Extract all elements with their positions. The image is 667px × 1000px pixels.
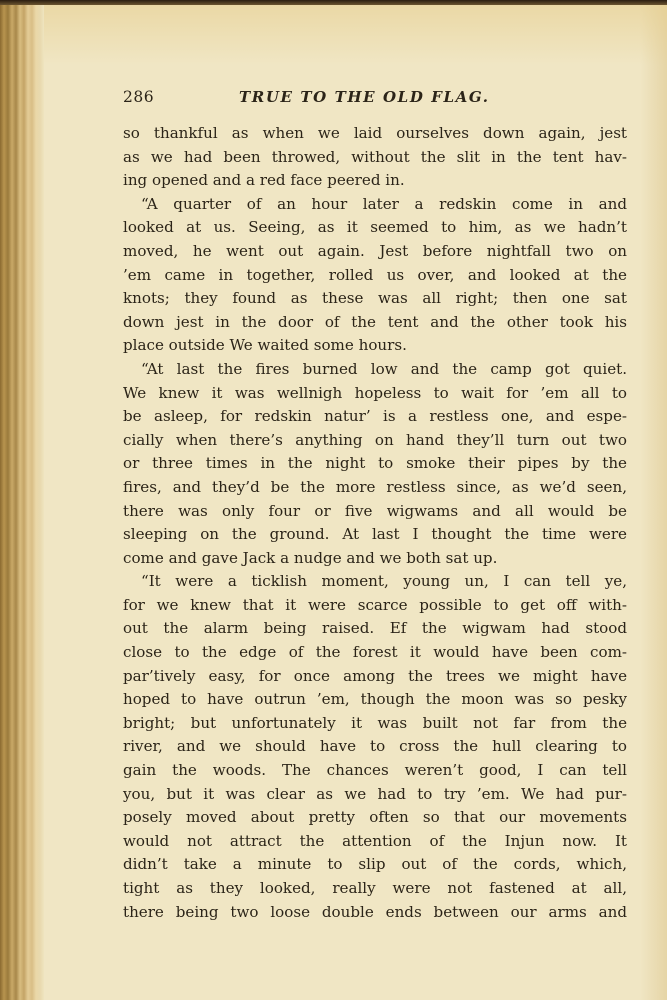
page-content: 286 TRUE TO THE OLD FLAG. so thankful as… (123, 88, 627, 924)
text-line: there being two loose double ends betwee… (123, 901, 627, 925)
text-line: as we had been throwed, without the slit… (123, 146, 627, 170)
text-line: you, but it was clear as we had to try ’… (123, 783, 627, 807)
text-line: “At last the fires burned low and the ca… (123, 358, 627, 382)
text-line: fires, and they’d be the more restless s… (123, 476, 627, 500)
text-line: come and gave Jack a nudge and we both s… (123, 547, 627, 571)
text-line: “A quarter of an hour later a redskin co… (123, 193, 627, 217)
paragraph: “A quarter of an hour later a redskin co… (123, 193, 627, 358)
paragraph: so thankful as when we laid ourselves do… (123, 122, 627, 193)
paragraph: “At last the fires burned low and the ca… (123, 358, 627, 570)
paragraph: “It were a ticklish moment, young un, I … (123, 570, 627, 924)
text-line: ’em came in together, rolled us over, an… (123, 264, 627, 288)
running-head: 286 TRUE TO THE OLD FLAG. (123, 88, 627, 114)
text-line: moved, he went out again. Jest before ni… (123, 240, 627, 264)
page-number: 286 (123, 88, 223, 106)
text-line: river, and we should have to cross the h… (123, 735, 627, 759)
text-line: out the alarm being raised. Ef the wigwa… (123, 617, 627, 641)
text-line: bright; but unfortunately it was built n… (123, 712, 627, 736)
text-line: sleeping on the ground. At last I though… (123, 523, 627, 547)
text-line: place outside We waited some hours. (123, 334, 627, 358)
text-line: ing opened and a red face peered in. (123, 169, 627, 193)
text-line: “It were a ticklish moment, young un, I … (123, 570, 627, 594)
text-line: down jest in the door of the tent and th… (123, 311, 627, 335)
text-line: par’tively easy, for once among the tree… (123, 665, 627, 689)
text-line: looked at us. Seeing, as it seemed to hi… (123, 216, 627, 240)
text-line: tight as they looked, really were not fa… (123, 877, 627, 901)
text-line: close to the edge of the forest it would… (123, 641, 627, 665)
text-line: so thankful as when we laid ourselves do… (123, 122, 627, 146)
text-line: hoped to have outrun ’em, though the moo… (123, 688, 627, 712)
text-line: knots; they found as these was all right… (123, 287, 627, 311)
text-line: gain the woods. The chances weren’t good… (123, 759, 627, 783)
text-line: would not attract the attention of the I… (123, 830, 627, 854)
text-line: posely moved about pretty often so that … (123, 806, 627, 830)
text-line: didn’t take a minute to slip out of the … (123, 853, 627, 877)
text-line: be asleep, for redskin natur’ is a restl… (123, 405, 627, 429)
text-line: We knew it was wellnigh hopeless to wait… (123, 382, 627, 406)
text-line: cially when there’s anything on hand the… (123, 429, 627, 453)
book-spine-page-edges (0, 5, 44, 1000)
text-line: there was only four or five wigwams and … (123, 500, 627, 524)
running-title: TRUE TO THE OLD FLAG. (239, 88, 490, 106)
text-line: for we knew that it were scarce possible… (123, 594, 627, 618)
text-line: or three times in the night to smoke the… (123, 452, 627, 476)
